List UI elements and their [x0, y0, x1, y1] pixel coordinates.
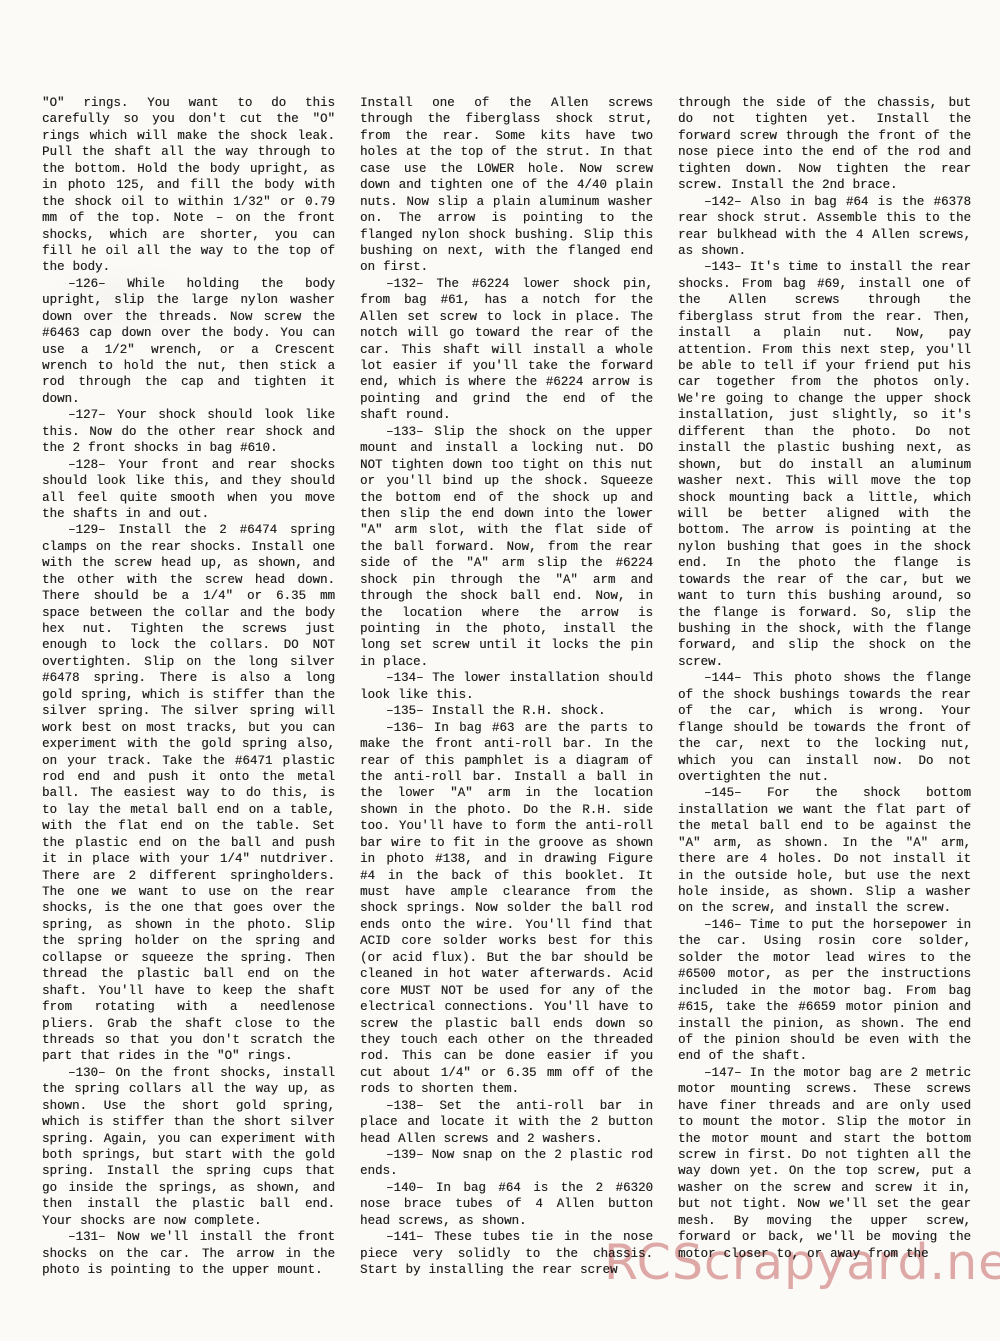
paragraph: –130– On the front shocks, install the s… — [42, 1065, 335, 1229]
text-column: through the side of the chassis, but do … — [678, 95, 971, 1279]
manual-page: RCScrapyard.net "O" rings. You want to d… — [0, 0, 1000, 1341]
paragraph: "O" rings. You want to do this carefully… — [42, 95, 335, 276]
paragraph: –139– Now snap on the 2 plastic rod ends… — [360, 1147, 653, 1180]
paragraph: –128– Your front and rear shocks should … — [42, 457, 335, 523]
paragraph: through the side of the chassis, but do … — [678, 95, 971, 194]
paragraph: –147– In the motor bag are 2 metric moto… — [678, 1065, 971, 1262]
text-column: "O" rings. You want to do this carefully… — [42, 95, 335, 1279]
text-column: Install one of the Allen screws through … — [360, 95, 653, 1279]
paragraph: –127– Your shock should look like this. … — [42, 407, 335, 456]
paragraph: –146– Time to put the horsepower in the … — [678, 917, 971, 1065]
paragraph: –143– It's time to install the rear shoc… — [678, 259, 971, 670]
paragraph: Install one of the Allen screws through … — [360, 95, 653, 276]
text-columns: "O" rings. You want to do this carefully… — [42, 95, 970, 1279]
paragraph: –144– This photo shows the flange of the… — [678, 670, 971, 785]
paragraph: –129– Install the 2 #6474 spring clamps … — [42, 522, 335, 1064]
paragraph: –126– While holding the body upright, sl… — [42, 276, 335, 408]
paragraph: –136– In bag #63 are the parts to make t… — [360, 720, 653, 1098]
paragraph: –142– Also in bag #64 is the #6378 rear … — [678, 194, 971, 260]
paragraph: –145– For the shock bottom installation … — [678, 785, 971, 917]
paragraph: –138– Set the anti-roll bar in place and… — [360, 1098, 653, 1147]
paragraph: –132– The #6224 lower shock pin, from ba… — [360, 276, 653, 424]
paragraph: –135– Install the R.H. shock. — [360, 703, 653, 719]
paragraph: –133– Slip the shock on the upper mount … — [360, 424, 653, 671]
paragraph: –131– Now we'll install the front shocks… — [42, 1229, 335, 1278]
paragraph: –134– The lower installation should look… — [360, 670, 653, 703]
paragraph: –141– These tubes tie in the nose piece … — [360, 1229, 653, 1278]
paragraph: –140– In bag #64 is the 2 #6320 nose bra… — [360, 1180, 653, 1229]
